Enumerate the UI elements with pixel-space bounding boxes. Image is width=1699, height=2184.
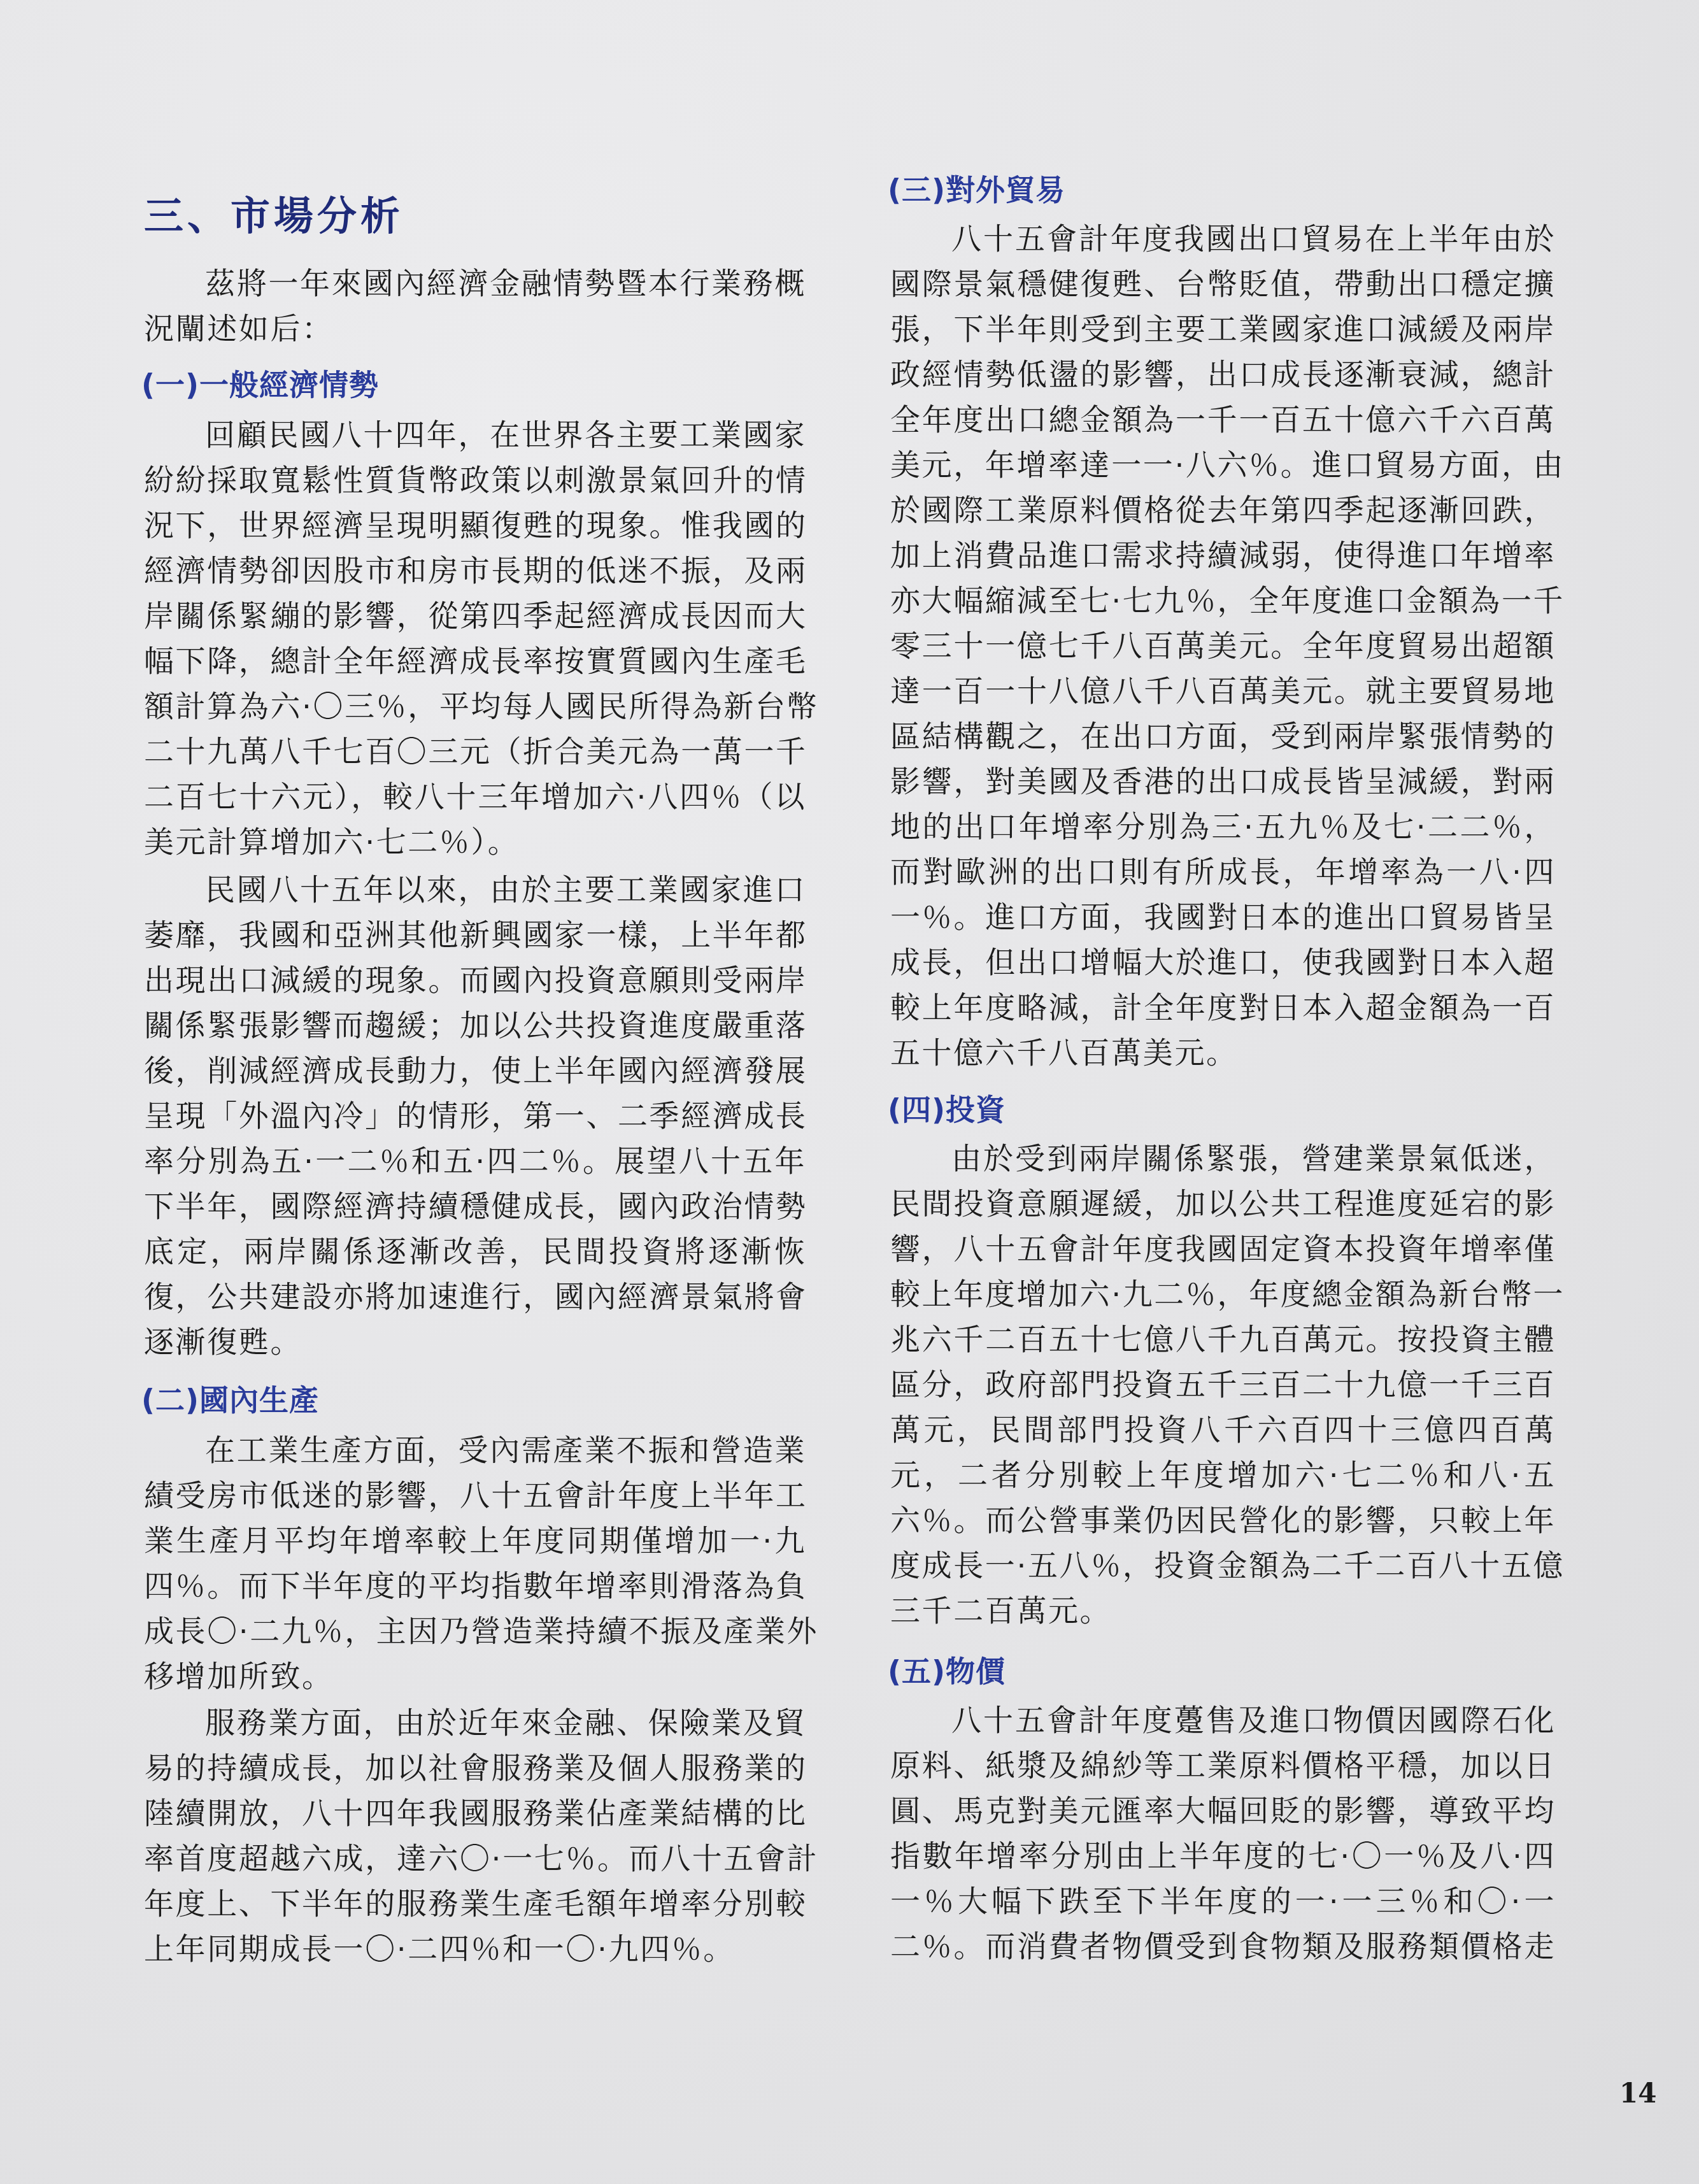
section-heading-general-economy: (一)一般經濟情勢 — [141, 362, 379, 404]
text-line: 關係緊張影響而趨緩；加以公共投資進度嚴重落 — [144, 1003, 806, 1048]
text-line: 地的出口年增率分別為三·五九％及七·二二％， — [890, 804, 1556, 850]
foreign-trade-paragraph: 八十五會計年度我國出口貿易在上半年由於 國際景氣穩健復甦、台幣貶值，帶動出口穩定… — [890, 217, 1556, 1076]
text-line: 八十五會計年度躉售及進口物價因國際石化 — [890, 1698, 1556, 1743]
text-line: 八十五會計年度我國出口貿易在上半年由於 — [890, 217, 1556, 262]
text-line: 率分別為五·一二％和五·四二％。展望八十五年 — [144, 1139, 806, 1184]
text-line: 元，二者分別較上年度增加六·七二％和八·五 — [890, 1453, 1556, 1498]
text-line: 紛紛採取寬鬆性質貨幣政策以刺激景氣回升的情 — [144, 458, 806, 503]
general-economy-paragraph-2: 民國八十五年以來，由於主要工業國家進口 萎靡，我國和亞洲其他新興國家一樣，上半年… — [144, 867, 806, 1365]
text-line: 達一百一十八億八千八百萬美元。就主要貿易地 — [890, 669, 1556, 714]
text-line: 幅下降，總計全年經濟成長率按實質國內生產毛 — [144, 639, 806, 684]
text-line: 後，削減經濟成長動力，使上半年國內經濟發展 — [144, 1048, 806, 1094]
text-line: 在工業生產方面，受內需產業不振和營造業 — [144, 1428, 806, 1473]
text-line: 出現出口減緩的現象。而國內投資意願則受兩岸 — [144, 958, 806, 1003]
text-line: 響，八十五會計年度我國固定資本投資年增率僅 — [890, 1227, 1556, 1272]
text-line: 全年度出口總金額為一千一百五十億六千六百萬 — [890, 397, 1556, 443]
text-line: 較上年度略減，計全年度對日本入超金額為一百 — [890, 985, 1556, 1031]
text-line: 易的持續成長，加以社會服務業及個人服務業的 — [144, 1746, 806, 1791]
text-line: 張，下半年則受到主要工業國家進口減緩及兩岸 — [890, 307, 1556, 352]
text-line: 民間投資意願遲緩，加以公共工程進度延宕的影 — [890, 1181, 1556, 1227]
text-line: 陸續開放，八十四年我國服務業佔產業結構的比 — [144, 1791, 806, 1836]
text-line: 指數年增率分別由上半年度的七·〇一％及八·四 — [890, 1834, 1556, 1879]
text-line: 四％。而下半年度的平均指數年增率則滑落為負 — [144, 1564, 806, 1609]
text-line: 下半年，國際經濟持續穩健成長，國內政治情勢 — [144, 1184, 806, 1229]
text-line: 服務業方面，由於近年來金融、保險業及貿 — [144, 1701, 806, 1746]
text-line: 影響，對美國及香港的出口成長皆呈減緩，對兩 — [890, 759, 1556, 804]
text-line: 由於受到兩岸關係緊張，營建業景氣低迷， — [890, 1136, 1556, 1181]
text-line: 零三十一億七千八百萬美元。全年度貿易出超額 — [890, 624, 1556, 669]
text-line: 移增加所致。 — [144, 1654, 806, 1699]
text-line: 復，公共建設亦將加速進行，國內經濟景氣將會 — [144, 1274, 806, 1320]
text-line: 而對歐洲的出口則有所成長，年增率為一八·四 — [890, 850, 1556, 895]
text-line: 二百七十六元），較八十三年增加六·八四％（以 — [144, 774, 806, 820]
text-line: 岸關係緊繃的影響，從第四季起經濟成長因而大 — [144, 594, 806, 639]
text-line: 萎靡，我國和亞洲其他新興國家一樣，上半年都 — [144, 913, 806, 958]
section-heading-foreign-trade: (三)對外貿易 — [888, 167, 1065, 209]
text-line: 業生產月平均年增率較上年度同期僅增加一·九 — [144, 1518, 806, 1564]
text-line: 區分，政府部門投資五千三百二十九億一千三百 — [890, 1362, 1556, 1408]
text-line: 較上年度增加六·九二％，年度總金額為新台幣一 — [890, 1272, 1556, 1317]
text-line: 額計算為六·〇三％，平均每人國民所得為新台幣 — [144, 684, 806, 729]
text-line: 二％。而消費者物價受到食物類及服務類價格走 — [890, 1924, 1556, 1969]
text-line: 萬元，民間部門投資八千六百四十三億四百萬 — [890, 1408, 1556, 1453]
text-line: 年度上、下半年的服務業生產毛額年增率分別較 — [144, 1881, 806, 1927]
text-line: 原料、紙漿及綿紗等工業原料價格平穩，加以日 — [890, 1743, 1556, 1788]
text-line: 上年同期成長一〇·二四％和一〇·九四％。 — [144, 1927, 806, 1972]
text-line: 績受房市低迷的影響，八十五會計年度上半年工 — [144, 1473, 806, 1518]
text-line: 呈現「外溫內冷」的情形，第一、二季經濟成長 — [144, 1094, 806, 1139]
text-line: 度成長一·五八％，投資金額為二千二百八十五億 — [890, 1543, 1556, 1588]
text-line: 美元計算增加六·七二％）。 — [144, 820, 806, 865]
text-line: 亦大幅縮減至七·七九％，全年度進口金額為一千 — [890, 578, 1556, 624]
text-line: 況闡述如后： — [144, 306, 806, 352]
text-line: 民國八十五年以來，由於主要工業國家進口 — [144, 867, 806, 913]
text-line: 二十九萬八千七百〇三元（折合美元為一萬一千 — [144, 729, 806, 774]
text-line: 逐漸復甦。 — [144, 1320, 806, 1365]
text-line: 三千二百萬元。 — [890, 1588, 1556, 1634]
domestic-production-paragraph-1: 在工業生產方面，受內需產業不振和營造業 績受房市低迷的影響，八十五會計年度上半年… — [144, 1428, 806, 1699]
section-heading-investment: (四)投資 — [888, 1087, 1006, 1129]
text-line: 一％大幅下跌至下半年度的一·一三％和〇·一 — [890, 1879, 1556, 1924]
text-line: 五十億六千八百萬美元。 — [890, 1031, 1556, 1076]
intro-paragraph: 茲將一年來國內經濟金融情勢暨本行業務概 況闡述如后： — [144, 261, 806, 352]
text-line: 加上消費品進口需求持續減弱，使得進口年增率 — [890, 533, 1556, 578]
text-line: 況下，世界經濟呈現明顯復甦的現象。惟我國的 — [144, 503, 806, 548]
text-line: 茲將一年來國內經濟金融情勢暨本行業務概 — [144, 261, 806, 306]
text-line: 六％。而公營事業仍因民營化的影響，只較上年 — [890, 1498, 1556, 1543]
text-line: 回顧民國八十四年，在世界各主要工業國家 — [144, 413, 806, 458]
text-line: 國際景氣穩健復甦、台幣貶值，帶動出口穩定擴 — [890, 262, 1556, 307]
text-line: 一％。進口方面，我國對日本的進出口貿易皆呈 — [890, 895, 1556, 940]
text-line: 成長，但出口增幅大於進口，使我國對日本入超 — [890, 940, 1556, 985]
domestic-production-paragraph-2: 服務業方面，由於近年來金融、保險業及貿 易的持續成長，加以社會服務業及個人服務業… — [144, 1701, 806, 1972]
text-line: 底定，兩岸關係逐漸改善，民間投資將逐漸恢 — [144, 1229, 806, 1274]
page-number: 14 — [1619, 2078, 1656, 2109]
text-line: 區結構觀之，在出口方面，受到兩岸緊張情勢的 — [890, 714, 1556, 759]
text-line: 於國際工業原料價格從去年第四季起逐漸回跌， — [890, 488, 1556, 533]
text-line: 率首度超越六成，達六〇·一七％。而八十五會計 — [144, 1836, 806, 1881]
investment-paragraph: 由於受到兩岸關係緊張，營建業景氣低迷， 民間投資意願遲緩，加以公共工程進度延宕的… — [890, 1136, 1556, 1634]
text-line: 經濟情勢卻因股市和房市長期的低迷不振，及兩 — [144, 548, 806, 594]
general-economy-paragraph-1: 回顧民國八十四年，在世界各主要工業國家 紛紛採取寬鬆性質貨幣政策以刺激景氣回升的… — [144, 413, 806, 865]
text-line: 成長〇·二九％，主因乃營造業持續不振及產業外 — [144, 1609, 806, 1654]
section-heading-prices: (五)物價 — [888, 1648, 1006, 1690]
page-title: 三、市場分析 — [144, 185, 404, 241]
prices-paragraph: 八十五會計年度躉售及進口物價因國際石化 原料、紙漿及綿紗等工業原料價格平穩，加以… — [890, 1698, 1556, 1969]
text-line: 圓、馬克對美元匯率大幅回貶的影響，導致平均 — [890, 1788, 1556, 1834]
text-line: 政經情勢低盪的影響，出口成長逐漸衰減，總計 — [890, 352, 1556, 397]
section-heading-domestic-production: (二)國內生產 — [141, 1377, 319, 1419]
text-line: 兆六千二百五十七億八千九百萬元。按投資主體 — [890, 1317, 1556, 1362]
text-line: 美元，年增率達一一·八六％。進口貿易方面，由 — [890, 443, 1556, 488]
